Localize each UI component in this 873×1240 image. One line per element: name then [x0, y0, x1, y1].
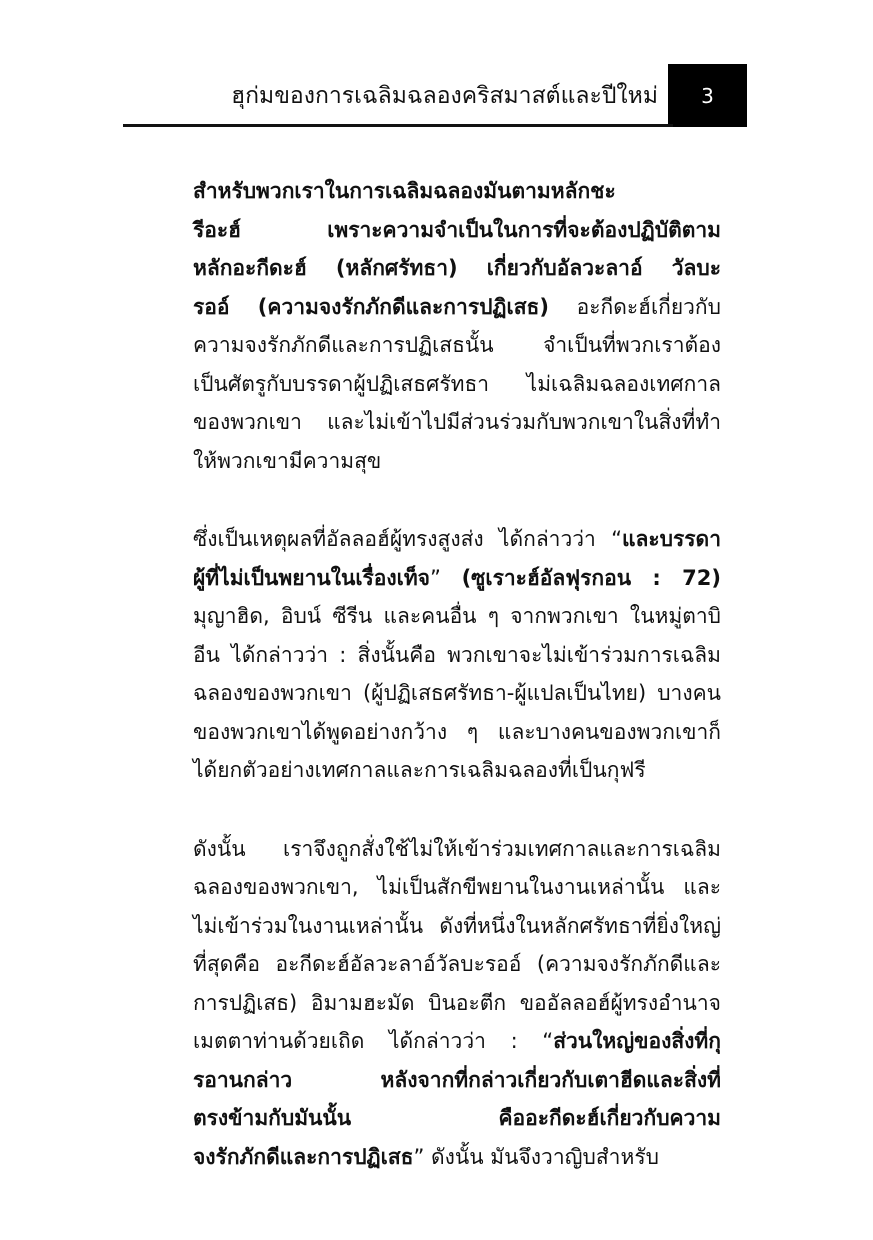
text-run: ไม่เข้าร่วมในงานเหล่านั้น ดังที่หนึ่งในห…	[193, 914, 721, 938]
paragraph-1: สำหรับพวกเราในการเฉลิมฉลองมันตามหลักชะรี…	[193, 172, 721, 480]
text-line: ให้พวกเขามีความสุข	[193, 442, 721, 481]
text-line: ของพวกเขา และไม่เข้าไปมีส่วนร่วมกับพวกเข…	[193, 403, 721, 442]
header-rule-divider	[123, 124, 673, 127]
text-run: ดังนั้น เราจึงถูกสั่งใช้ไม่ให้เข้าร่วมเท…	[193, 837, 721, 861]
text-run: ”	[430, 566, 462, 590]
text-run: ให้พวกเขามีความสุข	[193, 449, 381, 473]
text-run: อะกีดะฮ์เกี่ยวกับ	[549, 295, 721, 319]
paragraph-2: ซึ่งเป็นเหตุผลที่อัลลอฮ์ผู้ทรงสูงส่ง ได้…	[193, 520, 721, 790]
text-line: จงรักภักดีและการปฏิเสธ” ดังนั้น มันจึงวา…	[193, 1138, 721, 1177]
text-run: เป็นศัตรูกับบรรดาผู้ปฏิเสธศรัทธา ไม่เฉลิ…	[193, 372, 721, 396]
text-line: รออ์ (ความจงรักภักดีและการปฏิเสธ) อะกีดะ…	[193, 288, 721, 327]
bold-text-run: จงรักภักดีและการปฏิเสธ	[193, 1145, 413, 1169]
paragraph-3: ดังนั้น เราจึงถูกสั่งใช้ไม่ให้เข้าร่วมเท…	[193, 830, 721, 1177]
text-line: ได้ยกตัวอย่างเทศกาลและการเฉลิมฉลองที่เป็…	[193, 751, 721, 790]
page-number-box: 3	[668, 64, 747, 127]
text-run: ซึ่งเป็นเหตุผลที่อัลลอฮ์ผู้ทรงสูงส่ง ได้…	[193, 527, 622, 551]
bold-text-run: รออ์ (ความจงรักภักดีและการปฏิเสธ)	[193, 295, 549, 319]
text-run: เมตตาท่านด้วยเถิด ได้กล่าวว่า : “	[193, 1029, 553, 1053]
bold-text-run: (ซูเราะฮ์อัลฟุรกอน : 72)	[462, 566, 721, 590]
bold-text-run: หลักอะกีดะฮ์ (หลักศรัทธา) เกี่ยวกับอัลวะ…	[193, 256, 721, 280]
text-run: ของพวกเขาได้พูดอย่างกว้าง ๆ และบางคนของพ…	[193, 720, 721, 744]
bold-text-run: สำหรับพวกเราในการเฉลิมฉลองมันตามหลักชะ	[193, 179, 616, 203]
text-line: ฉลองของพวกเขา, ไม่เป็นสักขีพยานในงานเหล่…	[193, 868, 721, 907]
text-line: ซึ่งเป็นเหตุผลที่อัลลอฮ์ผู้ทรงสูงส่ง ได้…	[193, 520, 721, 559]
bold-text-run: รีอะฮ์ เพราะความจำเป็นในการที่จะต้องปฏิบ…	[193, 218, 721, 242]
text-line: ตรงข้ามกับมันนั้น คืออะกีดะฮ์เกี่ยวกับคว…	[193, 1099, 721, 1138]
text-run: ฉลองของพวกเขา (ผู้ปฏิเสธศรัทธา-ผู้แปลเป็…	[193, 681, 721, 705]
text-line: การปฏิเสธ) อิมามฮะมัด บินอะตีก ขออัลลอฮ์…	[193, 984, 721, 1023]
text-line: หลักอะกีดะฮ์ (หลักศรัทธา) เกี่ยวกับอัลวะ…	[193, 249, 721, 288]
text-line: ของพวกเขาได้พูดอย่างกว้าง ๆ และบางคนของพ…	[193, 713, 721, 752]
text-line: ฉลองของพวกเขา (ผู้ปฏิเสธศรัทธา-ผู้แปลเป็…	[193, 674, 721, 713]
text-line: ไม่เข้าร่วมในงานเหล่านั้น ดังที่หนึ่งในห…	[193, 907, 721, 946]
text-run: ฉลองของพวกเขา, ไม่เป็นสักขีพยานในงานเหล่…	[193, 875, 721, 899]
text-line: ความจงรักภักดีและการปฏิเสธนั้น จำเป็นที่…	[193, 326, 721, 365]
page-body: สำหรับพวกเราในการเฉลิมฉลองมันตามหลักชะรี…	[193, 172, 721, 1176]
bold-text-run: รอานกล่าว หลังจากที่กล่าวเกี่ยวกับเตาฮีด…	[193, 1068, 721, 1092]
bold-text-run: และบรรดา	[622, 527, 721, 551]
text-line: ผู้ที่ไม่เป็นพยานในเรื่องเท็จ” (ซูเราะฮ์…	[193, 559, 721, 598]
text-run: ได้ยกตัวอย่างเทศกาลและการเฉลิมฉลองที่เป็…	[193, 758, 646, 782]
running-header-title: ฮุก่มของการเฉลิมฉลองคริสมาสต์และปีใหม่	[200, 80, 658, 112]
bold-text-run: ตรงข้ามกับมันนั้น คืออะกีดะฮ์เกี่ยวกับคว…	[193, 1106, 721, 1130]
text-run: อีน ได้กล่าวว่า : สิ่งนั้นคือ พวกเขาจะไม…	[193, 643, 721, 667]
text-line: อีน ได้กล่าวว่า : สิ่งนั้นคือ พวกเขาจะไม…	[193, 636, 721, 675]
text-line: เป็นศัตรูกับบรรดาผู้ปฏิเสธศรัทธา ไม่เฉลิ…	[193, 365, 721, 404]
text-line: เมตตาท่านด้วยเถิด ได้กล่าวว่า : “ส่วนใหญ…	[193, 1022, 721, 1061]
text-run: ของพวกเขา และไม่เข้าไปมีส่วนร่วมกับพวกเข…	[193, 410, 721, 434]
text-run: ” ดังนั้น มันจึงวาญิบสำหรับ	[413, 1145, 658, 1169]
bold-text-run: ผู้ที่ไม่เป็นพยานในเรื่องเท็จ	[193, 566, 430, 590]
text-line: รอานกล่าว หลังจากที่กล่าวเกี่ยวกับเตาฮีด…	[193, 1061, 721, 1100]
text-line: ดังนั้น เราจึงถูกสั่งใช้ไม่ให้เข้าร่วมเท…	[193, 830, 721, 869]
text-run: มุญาฮิด, อิบน์ ซีรีน และคนอื่น ๆ จากพวกเ…	[193, 604, 721, 628]
page-number: 3	[701, 84, 714, 108]
text-run: ความจงรักภักดีและการปฏิเสธนั้น จำเป็นที่…	[193, 333, 721, 357]
bold-text-run: ส่วนใหญ่ของสิ่งที่กุ	[553, 1029, 721, 1053]
text-line: มุญาฮิด, อิบน์ ซีรีน และคนอื่น ๆ จากพวกเ…	[193, 597, 721, 636]
text-run: ที่สุดคือ อะกีดะฮ์อัลวะลาอ์วัลบะรออ์ (คว…	[193, 952, 721, 976]
text-line: สำหรับพวกเราในการเฉลิมฉลองมันตามหลักชะ	[193, 172, 721, 211]
text-line: รีอะฮ์ เพราะความจำเป็นในการที่จะต้องปฏิบ…	[193, 211, 721, 250]
text-line: ที่สุดคือ อะกีดะฮ์อัลวะลาอ์วัลบะรออ์ (คว…	[193, 945, 721, 984]
text-run: การปฏิเสธ) อิมามฮะมัด บินอะตีก ขออัลลอฮ์…	[193, 991, 721, 1015]
